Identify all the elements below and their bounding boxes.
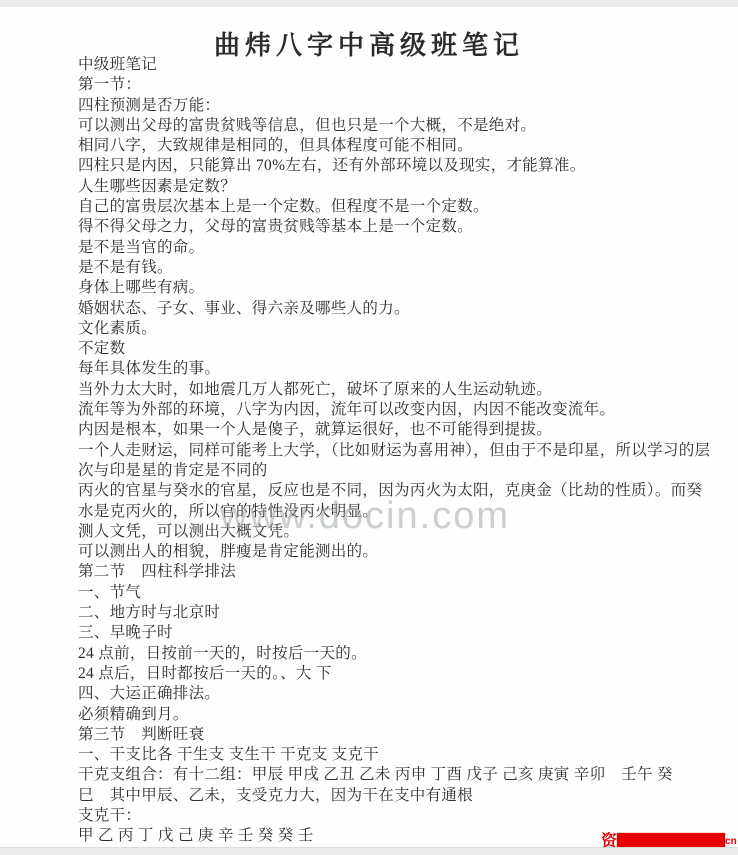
text-line: 干克支组合：有十二组：甲辰 甲戌 乙丑 乙未 丙申 丁酉 戊子 己亥 庚寅 辛卯… (78, 765, 710, 785)
text-line: 次与印是星的肯定是不同的 (78, 461, 710, 481)
text-line: 24 点前，日按前一天的，时按后一天的。 (78, 644, 710, 664)
text-line: 第一节： (78, 75, 710, 95)
text-line: 自己的富贵层次基本上是一个定数。但程度不是一个定数。 (78, 197, 710, 217)
text-line: 中级班笔记 (78, 55, 710, 75)
text-line: 四柱预测是否万能： (78, 96, 710, 116)
text-line: 相同八字，大致规律是相同的，但具体程度可能不相同。 (78, 136, 710, 156)
text-line: 巳 其中甲辰、乙未，支受克力大，因为干在支中有通根 (78, 786, 710, 806)
text-line: 四柱只是内因，只能算出 70%左右，还有外部环境以及现实，才能算准。 (78, 156, 710, 176)
text-line: 是不是有钱。 (78, 258, 710, 278)
text-line: 人生哪些因素是定数？ (78, 177, 710, 197)
text-line: 丙火的官星与癸水的官星，反应也是不同，因为丙火为太阳，克庚金（比劫的性质）。而癸 (78, 481, 710, 501)
text-line: 第三节 判断旺衰 (78, 725, 710, 745)
text-line: 四、大运正确排法。 (78, 684, 710, 704)
text-line: 得不得父母之力，父母的富贵贫贱等基本上是一个定数。 (78, 217, 710, 237)
viewer-gutter-bottom (0, 847, 738, 855)
text-line: 一个人走财运，同样可能考上大学，（比如财运为喜用神），但由于不是印星，所以学习的… (78, 441, 710, 461)
text-line: 一、节气 (78, 583, 710, 603)
text-line: 三、早晚子时 (78, 623, 710, 643)
text-line: 二、地方时与北京时 (78, 603, 710, 623)
text-line: 支克干： (78, 806, 710, 826)
text-line: 是不是当官的命。 (78, 238, 710, 258)
text-line: 24 点后，日时都按后一天的。、大 下 (78, 664, 710, 684)
text-line: 当外力太大时，如地震几万人都死亡，破坏了原来的人生运动轨迹。 (78, 380, 710, 400)
text-line: 文化素质。 (78, 319, 710, 339)
text-line: 测人文凭，可以测出大概文凭。 (78, 522, 710, 542)
text-line: 身体上哪些有病。 (78, 278, 710, 298)
text-line: 可以测出人的相貌，胖瘦是肯定能测出的。 (78, 542, 710, 562)
text-line: 婚姻状态、子女、事业、得六亲及哪些人的力。 (78, 299, 710, 319)
document-body: 中级班笔记第一节：四柱预测是否万能：可以测出父母的富贵贫贱等信息，但也只是一个大… (78, 55, 710, 847)
text-line: 流年等为外部的环境，八字为内因，流年可以改变内因，内因不能改变流年。 (78, 400, 710, 420)
text-line: 可以测出父母的富贵贫贱等信息，但也只是一个大概，不是绝对。 (78, 116, 710, 136)
text-line: 不定数 (78, 339, 710, 359)
document-page: 曲炜八字中高级班笔记 中级班笔记第一节：四柱预测是否万能：可以测出父母的富贵贫贱… (0, 7, 738, 847)
text-line: 第二节 四柱科学排法 (78, 562, 710, 582)
text-line: 水是克丙火的，所以官的特性没丙火明显。 (78, 502, 710, 522)
text-line: 内因是根本，如果一个人是傻子，就算运很好，也不可能得到提拔。 (78, 420, 710, 440)
text-line: 一、干支比各 干生支 支生干 干克支 支克干 (78, 745, 710, 765)
text-line: 必须精确到月。 (78, 705, 710, 725)
text-line: 每年具体发生的事。 (78, 359, 710, 379)
